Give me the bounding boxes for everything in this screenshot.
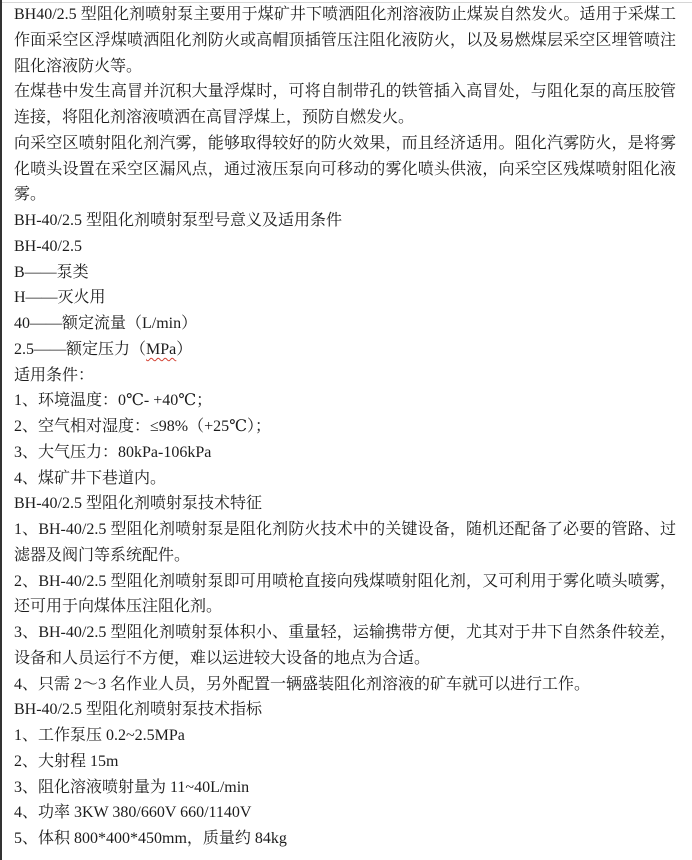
condition-location: 4、煤矿井下巷道内。 xyxy=(14,466,676,492)
paragraph-high-roof-usage: 在煤巷中发生高冒并沉积大量浮煤时，可将自制带孔的铁管插入高冒处，与阻化泵的高压胶… xyxy=(14,79,676,131)
condition-temperature: 1、环境温度：0℃- +40℃； xyxy=(14,388,676,414)
model-code-b: B——泵类 xyxy=(14,260,676,286)
heading-applicable-conditions: 适用条件： xyxy=(14,363,676,389)
condition-humidity: 2、空气相对湿度：≤98%（+25℃）； xyxy=(14,414,676,440)
model-code-flow: 40——额定流量（L/min） xyxy=(14,311,676,337)
pressure-prefix: 2.5——额定压力（ xyxy=(14,341,146,358)
spec-spray-volume: 3、阻化溶液喷射量为 11~40L/min xyxy=(14,775,676,801)
spec-size-weight: 5、体积 800*400*450mm，质量约 84kg xyxy=(14,826,676,852)
model-code-h: H——灭火用 xyxy=(14,285,676,311)
spec-range: 2、大射程 15m xyxy=(14,749,676,775)
feature-1: 1、BH-40/2.5 型阻化剂喷射泵是阻化剂防火技术中的关键设备，随机还配备了… xyxy=(14,517,676,569)
condition-pressure: 3、大气压力：80kPa-106kPa xyxy=(14,440,676,466)
paragraph-mist-spray: 向采空区喷射阻化剂汽雾，能够取得较好的防火效果，而且经济适用。阻化汽雾防火，是将… xyxy=(14,131,676,208)
heading-model-meaning: BH-40/2.5 型阻化剂喷射泵型号意义及适用条件 xyxy=(14,208,676,234)
feature-4: 4、只需 2～3 名作业人员，另外配置一辆盛装阻化剂溶液的矿车就可以进行工作。 xyxy=(14,672,676,698)
model-code: BH-40/2.5 xyxy=(14,234,676,260)
top-edge-line xyxy=(2,2,692,3)
paragraph-intro: BH40/2.5 型阻化剂喷射泵主要用于煤矿井下喷洒阻化剂溶液防止煤炭自然发火。… xyxy=(14,2,676,79)
spec-working-pressure: 1、工作泵压 0.2~2.5MPa xyxy=(14,723,676,749)
spellcheck-word-mpa: MPa xyxy=(146,341,176,358)
heading-technical-specs: BH-40/2.5 型阻化剂喷射泵技术指标 xyxy=(14,697,676,723)
pressure-suffix: ） xyxy=(176,341,192,358)
heading-technical-features: BH-40/2.5 型阻化剂喷射泵技术特征 xyxy=(14,491,676,517)
model-code-pressure: 2.5——额定压力（MPa） xyxy=(14,337,676,363)
feature-3: 3、BH-40/2.5 型阻化剂喷射泵体积小、重量轻，运输携带方便，尤其对于井下… xyxy=(14,620,676,672)
feature-2: 2、BH-40/2.5 型阻化剂喷射泵即可用喷枪直接向残煤喷射阻化剂，又可利用于… xyxy=(14,569,676,621)
spec-power: 4、功率 3KW 380/660V 660/1140V xyxy=(14,800,676,826)
document-page: BH40/2.5 型阻化剂喷射泵主要用于煤矿井下喷洒阻化剂溶液防止煤炭自然发火。… xyxy=(0,0,692,860)
